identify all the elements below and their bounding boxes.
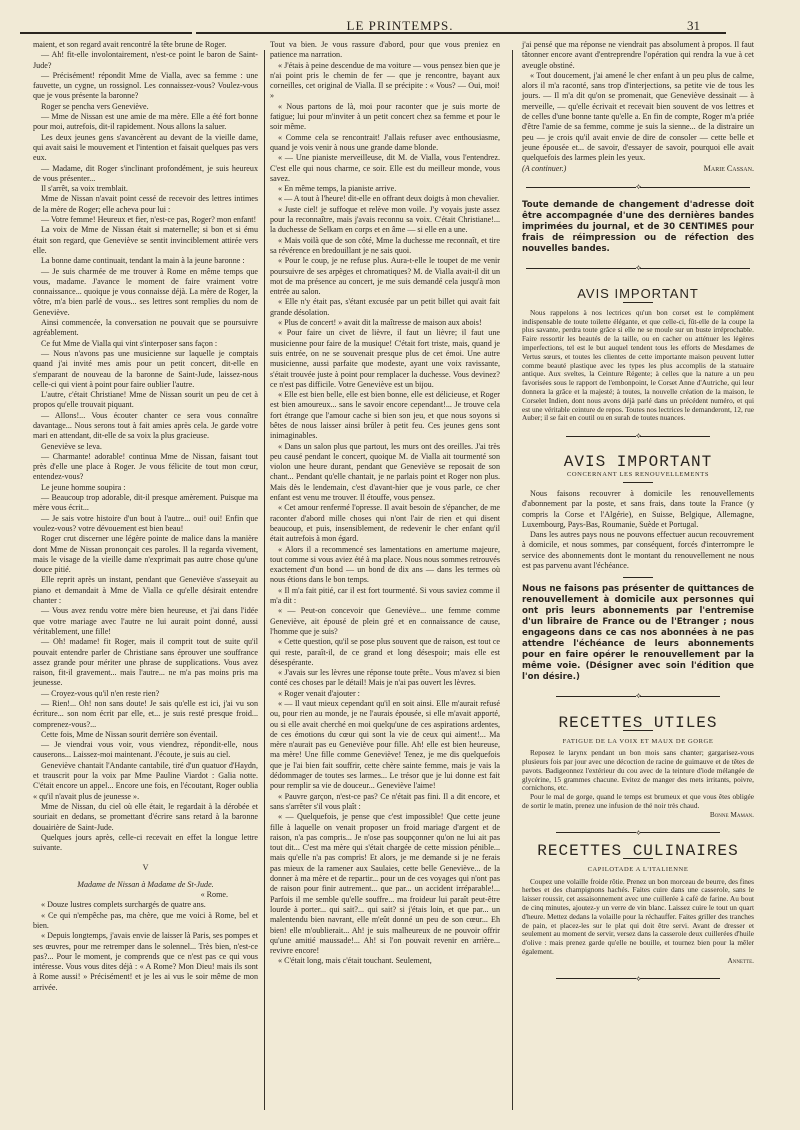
paragraph: Quelques jours après, celle-ci recevait … [33, 833, 258, 854]
heading-rule [623, 302, 653, 303]
paragraph: — Madame, dit Roger s'inclinant profondé… [33, 164, 258, 185]
paragraph: Nous faisons recouvrer à domicile les re… [522, 489, 754, 530]
recettes-utiles-signature: Bonne Maman. [522, 811, 754, 820]
recettes-utiles-text: Reposez le larynx pendant un bon mois sa… [522, 749, 754, 811]
ornament-divider: ⟡ [522, 974, 754, 984]
paragraph: — Beaucoup trop adorable, dit-il presque… [33, 493, 258, 514]
paragraph: — Charmante! adorable! continua Mme de N… [33, 452, 258, 483]
paragraph: « — Une pianiste merveilleuse, dit M. de… [270, 153, 500, 184]
paragraph: maient, et son regard avait rencontré la… [33, 40, 258, 50]
paragraph: — Je sais votre histoire d'un bout à l'a… [33, 514, 258, 535]
paragraph: « — Peut-on concevoir que Geneviève... u… [270, 606, 500, 637]
recettes-culinaires-subtitle: CAPILOTADE A L'ITALIENNE [522, 865, 754, 875]
author-name: Marie Cassan. [704, 164, 754, 174]
story-continuation: maient, et son regard avait rencontré la… [33, 40, 258, 853]
paragraph: j'ai pensé que ma réponse ne viendrait p… [522, 40, 754, 71]
paragraph: « Dans un salon plus que partout, les mu… [270, 442, 500, 504]
paragraph: Elle reprit après un instant, pendant qu… [33, 575, 258, 606]
ornament-divider: ⟡ [522, 828, 754, 838]
avis-heading: AVIS IMPORTANT [522, 289, 754, 299]
paragraph: — Ah! fit-elle involontairement, n'est-c… [33, 50, 258, 71]
paragraph: « Depuis longtemps, j'avais envie de lai… [33, 931, 258, 993]
paragraph: Roger crut discerner une légère pointe d… [33, 534, 258, 575]
to-be-continued: (A continuer.) [522, 164, 566, 174]
paragraph: « En même temps, la pianiste arrive. [270, 184, 500, 194]
letter-body: « Douze lustres complets surchargés de q… [33, 900, 258, 993]
ornament-divider: ⟡ [522, 263, 754, 273]
paragraph: « Alors il a recommencé ses lamentations… [270, 545, 500, 586]
paragraph: « Comme cela se rencontrait! J'allais re… [270, 133, 500, 154]
paragraph: Mme de Nissan, du ciel où elle était, le… [33, 802, 258, 833]
section-number: V [33, 863, 258, 873]
paragraph: — Vous avez rendu votre mère bien heureu… [33, 606, 258, 637]
recettes-utiles-heading: RECETTES UTILES [522, 718, 754, 728]
paragraph: « Tout doucement, j'ai amené le cher enf… [522, 71, 754, 164]
heading-rule [623, 482, 653, 483]
address-change-notice: Toute demande de changement d'adresse do… [522, 200, 754, 255]
letter-continuation: Tout va bien. Je vous rassure d'abord, p… [270, 40, 500, 967]
paragraph: « Nous partons de là, moi pour raconter … [270, 102, 500, 133]
column-divider [264, 50, 265, 1110]
letter-ending: j'ai pensé que ma réponse ne viendrait p… [522, 40, 754, 164]
paragraph: Cette fois, Mme de Nissan sourit derrièr… [33, 730, 258, 740]
avis-renouvellements-heading: AVIS IMPORTANT [522, 457, 754, 467]
story-signature: (A continuer.) Marie Cassan. [522, 164, 754, 174]
avis-corset-text: Nous rappelons à nos lectrices qu'un bon… [522, 309, 754, 423]
paragraph: La bonne dame continuait, tendant la mai… [33, 256, 258, 266]
paragraph: — Votre femme! Heureux et fier, n'est-ce… [33, 215, 258, 225]
paragraph: « Plus de concert! » avait dit la maître… [270, 318, 500, 328]
recettes-culinaires-text: Coupez une volaille froide rôtie. Prenez… [522, 878, 754, 957]
avis-renouvellements-subtitle: CONCERNANT LES RENOUVELLEMENTS [522, 470, 754, 480]
paragraph: Geneviève chantait l'Andante cantabile, … [33, 761, 258, 802]
paragraph: « C'était long, mais c'était touchant. S… [270, 956, 500, 966]
recettes-culinaires-signature: Annette. [522, 957, 754, 966]
paragraph: L'autre, c'était Christiane! Mme de Niss… [33, 390, 258, 411]
paragraph: — Je viendrai vous voir, vous viendrez, … [33, 740, 258, 761]
ornament-divider: ⟡ [522, 182, 754, 192]
paragraph: Reposez le larynx pendant un bon mois sa… [522, 749, 754, 793]
paragraph: « Il m'a fait pitié, car il est fort tou… [270, 586, 500, 607]
paragraph: — Nous n'avons pas une musicienne sur la… [33, 349, 258, 390]
header-rule [20, 32, 192, 34]
paragraph: « Mais voilà que de son côté, Mme la duc… [270, 236, 500, 257]
paragraph: « Ce qui n'empêche pas, ma chère, que me… [33, 911, 258, 932]
header-rule [196, 32, 726, 34]
paragraph: Il s'arrêt, sa voix tremblait. [33, 184, 258, 194]
paragraph: « J'étais à peine descendue de ma voitur… [270, 61, 500, 102]
paragraph: « Cet amour renfermé l'opresse. Il avait… [270, 503, 500, 544]
paragraph: « — Il vaut mieux cependant qu'il en soi… [270, 699, 500, 792]
paragraph: « Pour le coup, je ne refuse plus. Aura-… [270, 256, 500, 297]
paragraph: Le jeune homme soupira : [33, 483, 258, 493]
paragraph: Pour le mal de gorge, quand le temps est… [522, 793, 754, 811]
paragraph: — Oh! madame! fit Roger, mais il comprit… [33, 637, 258, 688]
paragraph: — Croyez-vous qu'il n'en reste rien? [33, 689, 258, 699]
paragraph: — Mme de Nissan est une amie de ma mère.… [33, 112, 258, 133]
paragraph: « Pauvre garçon, n'est-ce pas? Ce n'étai… [270, 792, 500, 813]
recettes-culinaires-heading: RECETTES CULINAIRES [522, 846, 754, 856]
ornament-divider: ⟡ [522, 691, 754, 701]
paragraph: Ainsi commencée, la conversation ne pouv… [33, 318, 258, 339]
paragraph: La voix de Mme de Nissan était si matern… [33, 225, 258, 256]
paragraph: « — Quelquefois, je pense que c'est impo… [270, 812, 500, 956]
column-1: maient, et son regard avait rencontré la… [33, 40, 258, 993]
paragraph: « — A tout à l'heure! dit-elle en offran… [270, 194, 500, 204]
paragraph: Mme de Nissan n'avait point cessé de rec… [33, 194, 258, 215]
paragraph: — Je suis charmée de me trouver à Rome e… [33, 267, 258, 318]
paragraph: Tout va bien. Je vous rassure d'abord, p… [270, 40, 500, 61]
paragraph: « Elle est bien belle, elle est bien bon… [270, 390, 500, 441]
quittances-notice: Nous ne faisons pas présenter de quittan… [522, 584, 754, 683]
paragraph: « Roger venait d'ajouter : [270, 689, 500, 699]
paragraph: Les deux jeunes gens s'avancèrent au dev… [33, 133, 258, 164]
paragraph: « Douze lustres complets surchargés de q… [33, 900, 258, 910]
page-header: LE PRINTEMPS. 31 [0, 10, 800, 30]
letter-place: « Rome. [33, 890, 258, 900]
recettes-utiles-subtitle: FATIGUE DE LA VOIX ET MAUX DE GORGE [522, 737, 754, 747]
paragraph: — Allons!... Vous écouter chanter ce ser… [33, 411, 258, 442]
paragraph: « Juste ciel! je suffoque et relève mon … [270, 205, 500, 236]
column-2: Tout va bien. Je vous rassure d'abord, p… [270, 40, 500, 967]
avis-renouvellements-text: Nous faisons recouvrer à domicile les re… [522, 489, 754, 571]
paragraph: « Elle n'y était pas, s'étant excusée pa… [270, 297, 500, 318]
column-3: j'ai pensé que ma réponse ne viendrait p… [522, 40, 754, 992]
paragraph: Ce fut Mme de Vialla qui vint s'interpos… [33, 339, 258, 349]
paragraph: « Cette question, qu'il se pose plus sou… [270, 637, 500, 668]
paragraph: — Rien!... Oh! non sans doute! Je sais q… [33, 699, 258, 730]
paragraph: Roger se pencha vers Geneviève. [33, 102, 258, 112]
paragraph: Geneviève se leva. [33, 442, 258, 452]
paragraph: — Précisément! répondit Mme de Vialla, a… [33, 71, 258, 102]
heading-rule [623, 577, 653, 578]
column-divider [512, 50, 513, 1110]
paragraph: Dans les autres pays nous ne pouvons eff… [522, 530, 754, 571]
letter-title: Madame de Nissan à Madame de St-Jude. [33, 880, 258, 890]
paragraph: « Pour faire un civet de lièvre, il faut… [270, 328, 500, 390]
ornament-divider: ⟡ [522, 431, 754, 441]
paragraph: « J'avais sur les lèvres une réponse tou… [270, 668, 500, 689]
